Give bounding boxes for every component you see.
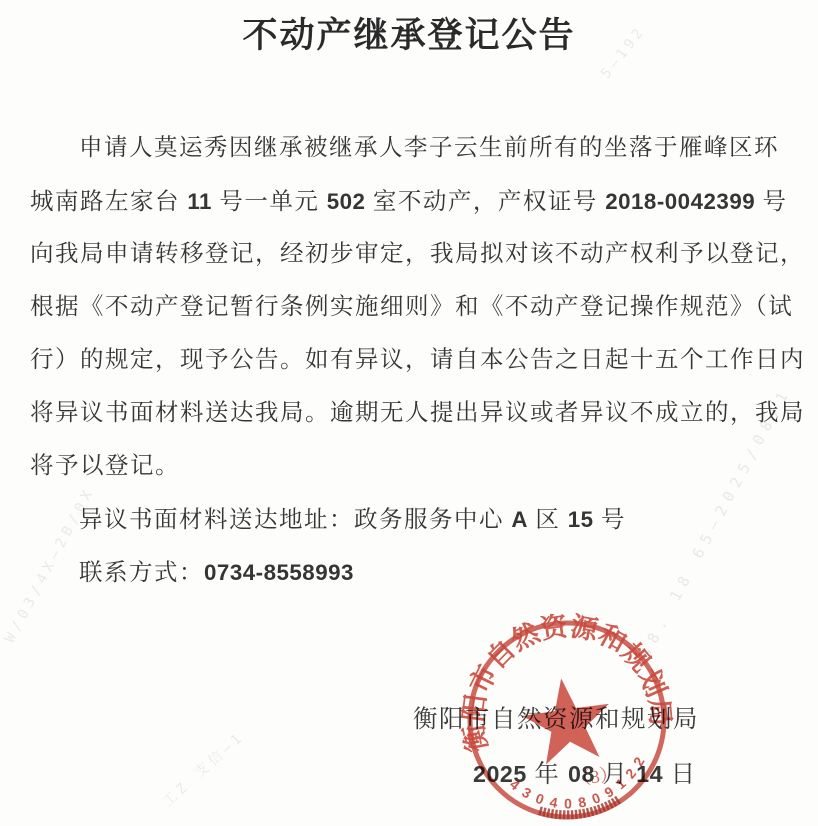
body-line: 申请人莫运秀因继承被继承人李子云生前所有的坐落于雁峰区环 [30,122,790,175]
contact-phone-line: 联系方式：0734-8558993 [30,546,790,599]
body-line: 根据《不动产登记暂行条例实施细则》和《不动产登记操作规范》（试 [30,281,790,334]
body-line: 将予以登记。 [30,440,790,493]
body-line: 向我局申请转移登记，经初步审定，我局拟对该不动产权利予以登记， [30,228,790,281]
seal-security-band [539,800,619,820]
page-title: 不动产继承登记公告 [0,8,818,58]
scanned-notice-document: 5—192 48. 18 65—2025/08/1 W/03/4X—2B/0X … [0,0,818,826]
objection-address-line: 异议书面材料送达地址：政务服务中心 A 区 15 号 [30,493,790,546]
body-line: 将异议书面材料送达我局。逾期无人提出异议或者异议不成立的，我局 [30,387,790,440]
issue-date: 2025 年 08 月 14 日 [413,755,699,790]
signature-block: 衡阳市自然资源和规划局 2025 年 08 月 14 日 [413,700,699,790]
bleedthrough-artifact: 工Z 支信—1 [158,727,248,811]
body-line: 行）的规定，现予公告。如有异议，请自本公告之日起十五个工作日内 [30,334,790,387]
issuing-authority: 衡阳市自然资源和规划局 [413,700,699,735]
notice-body: 申请人莫运秀因继承被继承人李子云生前所有的坐落于雁峰区环 城南路左家台 11 号… [30,122,790,599]
body-line: 城南路左家台 11 号一单元 502 室不动产，产权证号 2018-004239… [30,175,790,228]
